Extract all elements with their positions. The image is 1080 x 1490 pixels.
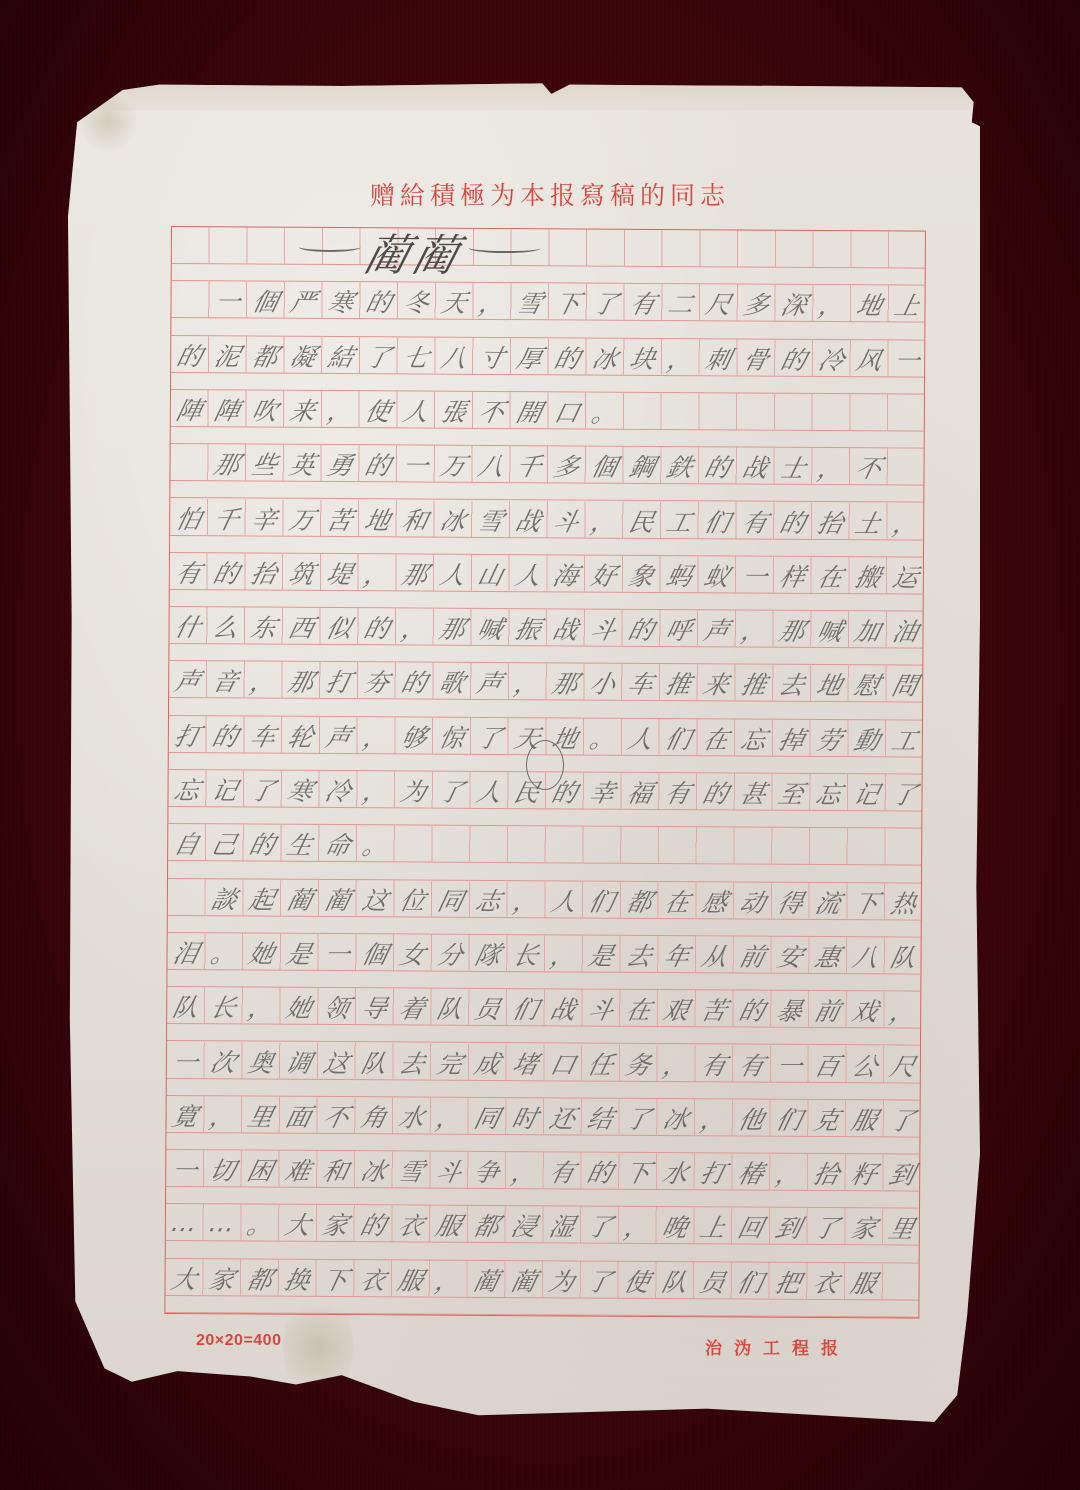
handwritten-char: 一 <box>885 341 931 377</box>
correction-circle <box>526 740 564 790</box>
handwritten-char: 里 <box>879 1209 925 1245</box>
handwritten-line: 队长，她领导着队员们战斗在艰苦的暴前戏， <box>163 987 926 1029</box>
handwritten-line: ……。大家的衣服都浸湿了，晚上回到了家里 <box>162 1204 925 1246</box>
handwritten-char: 热 <box>881 883 927 919</box>
handwritten-char: 尺 <box>880 1046 926 1082</box>
handwritten-line: 有的抬筑堤，那人山人海好象蚂蚁一样在搬运 <box>166 553 929 595</box>
tape-fragment <box>988 102 1010 124</box>
handwritten-line: 的泥都凝結了七八寸厚的冰块，刺骨的冷风一 <box>167 336 930 378</box>
wave-underline <box>468 243 543 253</box>
handwritten-line: 大家都换下衣服，蔺蔺为了使队员们把衣服 <box>162 1259 925 1301</box>
wave-underline <box>298 242 363 252</box>
handwritten-line: 談起蔺蔺这位同志，人们都在感动得流下热 <box>164 879 927 921</box>
handwritten-char: 工 <box>882 721 928 757</box>
handwritten-line: 那些英勇的一万八千多個鋼鉄的战士，不 <box>167 444 930 486</box>
handwritten-char: 。 <box>353 826 399 862</box>
handwritten-line: 怕千辛万苦地和冰雪战斗，民工们有的抬土， <box>166 499 929 541</box>
handwritten-char: 油 <box>883 612 929 648</box>
manuscript-paper: 赠給積極为本报寫稿的同志 蔺蔺 一個严寒的冬天，雪下了有二尺多深，地上 的泥都凝… <box>68 82 980 1422</box>
handwritten-line: 一次奥调这队去完成堵口任务，有有一百公尺 <box>163 1042 926 1084</box>
handwritten-line: 声音，那打夯的歌声，那小车推来推去地慰問 <box>165 661 928 703</box>
printed-header: 赠給積極为本报寫稿的同志 <box>330 176 770 212</box>
handwritten-char: 上 <box>885 286 931 322</box>
title-text: 蔺蔺 <box>358 219 470 283</box>
handwritten-line: 陣陣吹来，使人張不開口。 <box>167 390 930 432</box>
manuscript-title: 蔺蔺 <box>285 226 552 277</box>
handwritten-char: ， <box>881 992 927 1028</box>
paper-stain <box>78 92 138 152</box>
handwritten-char: 到 <box>880 1155 926 1191</box>
grid-spec-label: 20×20=400 <box>196 1332 281 1350</box>
handwritten-char: 。 <box>582 393 628 429</box>
handwritten-char: ， <box>884 503 930 539</box>
handwritten-line: 一個严寒的冬天，雪下了有二尺多深，地上 <box>168 281 931 323</box>
handwritten-char: 队 <box>881 938 927 974</box>
paper-edge <box>68 82 980 110</box>
handwritten-line: 一切困难和冰雪斗争，有的下水打椿，拾籽到 <box>162 1150 925 1192</box>
handwritten-char: 运 <box>883 558 929 594</box>
handwritten-line: 泪。她是一個女分隊长，是去年从前安惠八队 <box>164 933 927 975</box>
handwritten-char: 問 <box>883 666 929 702</box>
handwritten-char: 了 <box>880 1101 926 1137</box>
handwritten-char: 了 <box>882 775 928 811</box>
handwritten-line: 自己的生命。 <box>164 824 927 866</box>
rust-mark <box>988 124 991 154</box>
handwritten-line: 寛，里面不角水，同时还结了冰，他们克服了 <box>163 1096 926 1138</box>
handwritten-char: 不 <box>846 449 892 485</box>
handwritten-line: 什么东西似的，那喊振战斗的呼声，那喊加油 <box>166 607 929 649</box>
handwritten-char: 服 <box>841 1263 887 1299</box>
publisher-name: 治沩工程报 <box>705 1334 850 1359</box>
